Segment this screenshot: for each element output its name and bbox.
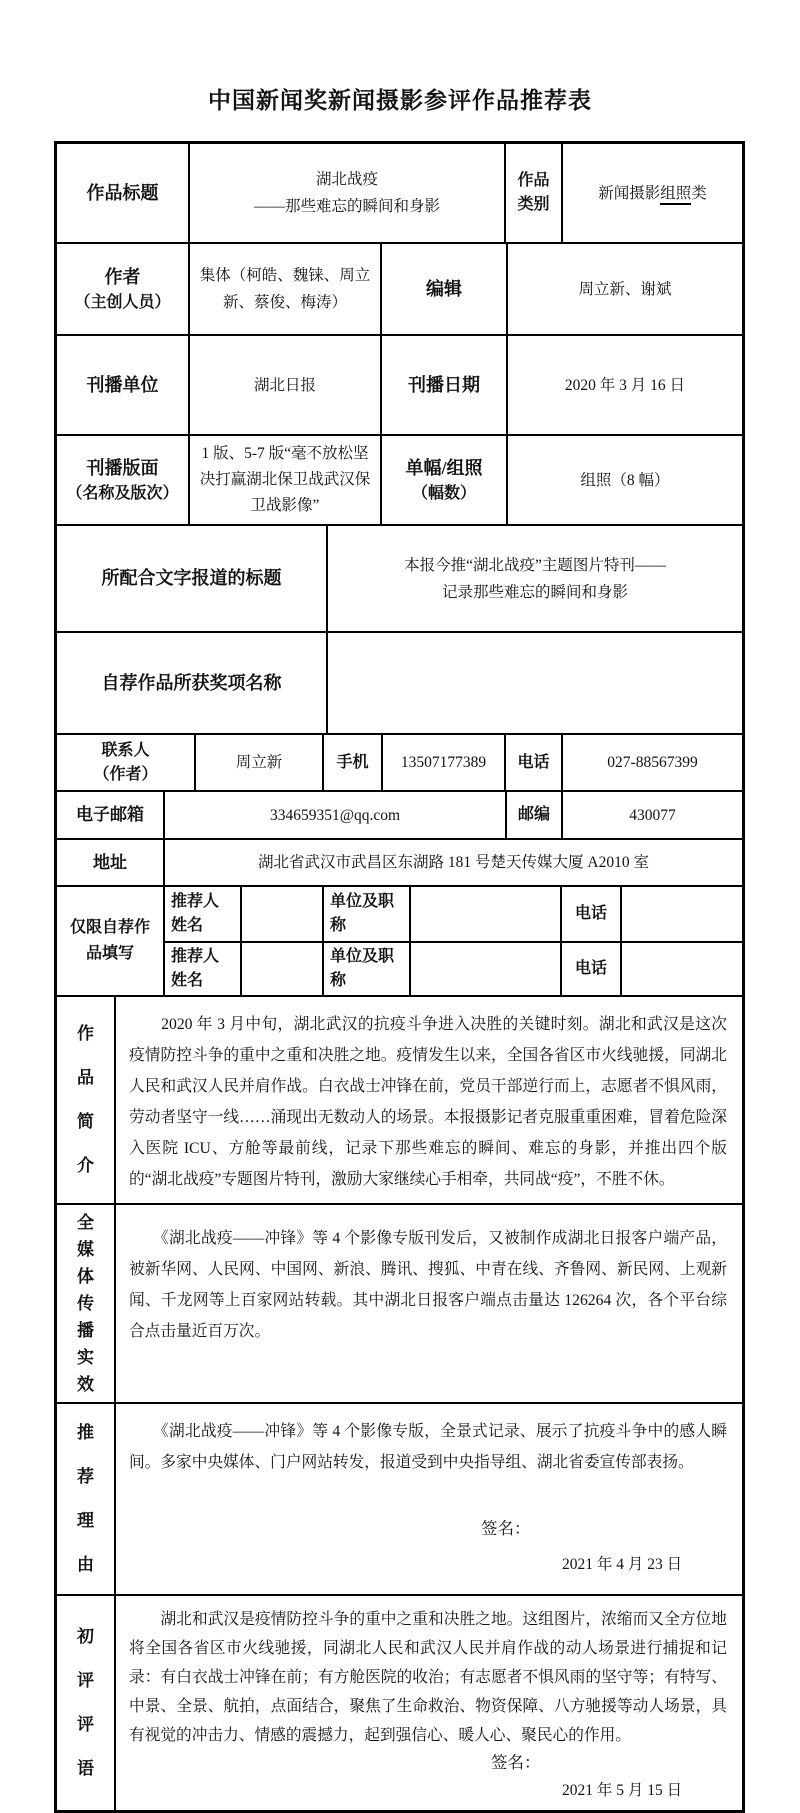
recommender2-name-label: 推荐人姓名	[171, 945, 234, 993]
email-label: 电子邮箱	[76, 803, 144, 827]
row-publish-unit: 刊播单位 湖北日报 刊播日期 2020 年 3 月 16 日	[57, 334, 742, 434]
category-underlined: 组照	[660, 185, 691, 205]
authors-value: 集体（柯皓、魏铼、周立新、蔡俊、梅涛）	[196, 262, 374, 316]
reason-spacer	[129, 1478, 727, 1516]
recommender1-name-label: 推荐人姓名	[171, 890, 234, 938]
intro-body: 2020 年 3 月中旬，湖北武汉的抗疫斗争进入决胜的关键时刻。湖北和武汉是这次…	[114, 997, 742, 1203]
address-label: 地址	[93, 851, 127, 875]
authors-value-cell: 集体（柯皓、魏铼、周立新、蔡俊、梅涛）	[188, 244, 380, 334]
photo-count-value: 组照（8 幅）	[580, 467, 669, 494]
row-self-recommend: 仅限自荐作品填写 推荐人姓名 单位及职称 电话	[57, 885, 742, 995]
awards-label: 自荐作品所获奖项名称	[102, 670, 282, 697]
authors-label-line1: 作者	[105, 264, 141, 291]
category-suffix: 类	[691, 185, 707, 202]
contact-label-cell: 联系人 （作者）	[57, 735, 194, 790]
recommender2-phone-label: 电话	[575, 957, 607, 981]
category-value: 新闻摄影组照类	[598, 180, 707, 207]
intro-label: 作品简介	[75, 1012, 97, 1188]
row-page-layout: 刊播版面 （名称及版次） 1 版、5-7 版“毫不放松坚决打赢湖北保卫战武汉保卫…	[57, 434, 742, 524]
category-value-cell: 新闻摄影组照类	[561, 144, 742, 242]
publish-date-label-cell: 刊播日期	[380, 336, 506, 434]
recommender1-name-cell	[240, 887, 322, 941]
email-value-cell: 334659351@qq.com	[163, 792, 505, 838]
recommender2-name-label-cell: 推荐人姓名	[163, 943, 240, 995]
recommender2-name-cell	[240, 943, 322, 995]
awards-label-cell: 自荐作品所获奖项名称	[57, 633, 326, 733]
reason-text: 《湖北战疫——冲锋》等 4 个影像专版，全景式记录、展示了抗疫斗争中的感人瞬间。…	[129, 1416, 727, 1478]
zip-value: 430077	[629, 802, 676, 829]
work-title-line1: 湖北战疫	[316, 166, 378, 193]
editor-value: 周立新、谢斌	[578, 276, 671, 303]
phone-label: 电话	[517, 751, 549, 775]
address-value-cell: 湖北省武汉市武昌区东湖路 181 号楚天传媒大厦 A2010 室	[163, 840, 742, 885]
work-title-value-cell: 湖北战疫 ——那些难忘的瞬间和身影	[188, 144, 504, 242]
reason-date: 2021 年 4 月 23 日	[562, 1552, 727, 1578]
email-label-cell: 电子邮箱	[57, 792, 163, 838]
contact-name: 周立新	[236, 749, 283, 776]
page-title: 中国新闻奖新闻摄影参评作品推荐表	[0, 82, 800, 115]
editor-value-cell: 周立新、谢斌	[506, 244, 742, 334]
photo-count-label-line2: （幅数）	[412, 482, 476, 506]
recommender1-org-cell	[409, 887, 560, 941]
authors-label-line2: （主创人员）	[74, 291, 170, 315]
recommender2-org-cell	[409, 943, 560, 995]
recommender2-org-label-cell: 单位及职称	[322, 943, 409, 995]
intro-label-cell: 作品简介	[57, 997, 114, 1203]
recommender1-phone-cell	[620, 887, 742, 941]
row-contact: 联系人 （作者） 周立新 手机 13507177389 电话 027-88567…	[57, 733, 742, 790]
recommender1-phone-label: 电话	[575, 902, 607, 926]
self-recommend-label: 仅限自荐作品填写	[65, 915, 155, 967]
photo-count-value-cell: 组照（8 幅）	[506, 436, 742, 524]
recommender1-org-label: 单位及职称	[330, 890, 403, 938]
row-report-title: 所配合文字报道的标题 本报今推“湖北战疫”主题图片特刊—— 记录那些难忘的瞬间和…	[57, 524, 742, 631]
recommender1-name-label-cell: 推荐人姓名	[163, 887, 240, 941]
intro-text: 2020 年 3 月中旬，湖北武汉的抗疫斗争进入决胜的关键时刻。湖北和武汉是这次…	[129, 1009, 727, 1195]
media-effect-label: 全媒体传播实效	[75, 1209, 97, 1398]
contact-name-cell: 周立新	[194, 735, 322, 790]
work-title-label: 作品标题	[87, 180, 159, 207]
recommendation-form-table: 作品标题 湖北战疫 ——那些难忘的瞬间和身影 作品 类别 新闻摄影组照类 作者 …	[54, 141, 745, 1813]
work-title-label-cell: 作品标题	[57, 144, 188, 242]
reason-label-cell: 推荐理由	[57, 1404, 114, 1594]
row-review: 初评评语 湖北和武汉是疫情防控斗争的重中之重和决胜之地。这组图片，浓缩而又全方位…	[57, 1594, 742, 1810]
contact-label-line1: 联系人	[101, 739, 149, 763]
publish-unit-label-cell: 刊播单位	[57, 336, 188, 434]
report-title-line2: 记录那些难忘的瞬间和身影	[442, 579, 628, 606]
media-effect-label-cell: 全媒体传播实效	[57, 1205, 114, 1402]
category-label-line2: 类别	[517, 193, 549, 217]
page-layout-value: 1 版、5-7 版“毫不放松坚决打赢湖北保卫战武汉保卫战影像”	[199, 441, 371, 519]
photo-count-label-cell: 单幅/组照 （幅数）	[380, 436, 506, 524]
mobile-value: 13507177389	[401, 749, 486, 776]
phone-value-cell: 027-88567399	[561, 735, 742, 790]
awards-value-cell	[326, 633, 742, 733]
mobile-label: 手机	[336, 751, 368, 775]
page-layout-label-cell: 刊播版面 （名称及版次）	[57, 436, 188, 524]
publish-unit-value-cell: 湖北日报	[188, 336, 380, 434]
row-media-effect: 全媒体传播实效 《湖北战疫——冲锋》等 4 个影像专版刊发后，又被制作成湖北日报…	[57, 1203, 742, 1402]
publish-date-label: 刊播日期	[408, 372, 480, 399]
row-work-title: 作品标题 湖北战疫 ——那些难忘的瞬间和身影 作品 类别 新闻摄影组照类	[57, 144, 742, 242]
report-title-label-cell: 所配合文字报道的标题	[57, 526, 326, 631]
category-label-cell: 作品 类别	[504, 144, 561, 242]
recommender1-phone-label-cell: 电话	[560, 887, 620, 941]
reason-label: 推荐理由	[75, 1411, 97, 1587]
media-effect-body: 《湖北战疫——冲锋》等 4 个影像专版刊发后，又被制作成湖北日报客户端产品，被新…	[114, 1205, 742, 1402]
email-value: 334659351@qq.com	[270, 802, 400, 829]
self-recommend-label-cell: 仅限自荐作品填写	[57, 887, 163, 995]
recommender-row-1: 推荐人姓名 单位及职称 电话	[163, 887, 742, 941]
page-layout-label-line1: 刊播版面	[87, 455, 159, 482]
category-label-line1: 作品	[517, 169, 549, 193]
mobile-label-cell: 手机	[322, 735, 381, 790]
recommender1-org-label-cell: 单位及职称	[322, 887, 409, 941]
report-title-label: 所配合文字报道的标题	[102, 565, 282, 592]
address-value: 湖北省武汉市武昌区东湖路 181 号楚天传媒大厦 A2010 室	[258, 849, 649, 876]
review-sign-label: 签名：	[491, 1750, 727, 1776]
recommender-row-2: 推荐人姓名 单位及职称 电话	[163, 941, 742, 995]
media-effect-text: 《湖北战疫——冲锋》等 4 个影像专版刊发后，又被制作成湖北日报客户端产品，被新…	[129, 1223, 727, 1347]
publish-date-value-cell: 2020 年 3 月 16 日	[506, 336, 742, 434]
row-intro: 作品简介 2020 年 3 月中旬，湖北武汉的抗疫斗争进入决胜的关键时刻。湖北和…	[57, 995, 742, 1203]
publish-date-value: 2020 年 3 月 16 日	[565, 372, 685, 399]
row-email: 电子邮箱 334659351@qq.com 邮编 430077	[57, 790, 742, 838]
photo-count-label-line1: 单幅/组照	[405, 455, 482, 482]
review-body: 湖北和武汉是疫情防控斗争的重中之重和决胜之地。这组图片，浓缩而又全方位地将全国各…	[114, 1596, 742, 1810]
zip-label: 邮编	[518, 803, 550, 827]
report-title-line1: 本报今推“湖北战疫”主题图片特刊——	[404, 552, 666, 579]
page-layout-value-cell: 1 版、5-7 版“毫不放松坚决打赢湖北保卫战武汉保卫战影像”	[188, 436, 380, 524]
row-authors: 作者 （主创人员） 集体（柯皓、魏铼、周立新、蔡俊、梅涛） 编辑 周立新、谢斌	[57, 242, 742, 334]
mobile-value-cell: 13507177389	[381, 735, 504, 790]
review-label: 初评评语	[75, 1615, 97, 1791]
reason-body: 《湖北战疫——冲锋》等 4 个影像专版，全景式记录、展示了抗疫斗争中的感人瞬间。…	[114, 1404, 742, 1594]
authors-label-cell: 作者 （主创人员）	[57, 244, 188, 334]
phone-label-cell: 电话	[504, 735, 561, 790]
zip-value-cell: 430077	[561, 792, 742, 838]
review-label-cell: 初评评语	[57, 1596, 114, 1810]
address-label-cell: 地址	[57, 840, 163, 885]
editor-label: 编辑	[426, 276, 462, 303]
publish-unit-value: 湖北日报	[254, 372, 316, 399]
recommender2-phone-label-cell: 电话	[560, 943, 620, 995]
review-date: 2021 年 5 月 15 日	[562, 1778, 727, 1804]
review-text: 湖北和武汉是疫情防控斗争的重中之重和决胜之地。这组图片，浓缩而又全方位地将全国各…	[129, 1605, 727, 1750]
row-awards: 自荐作品所获奖项名称	[57, 631, 742, 733]
zip-label-cell: 邮编	[505, 792, 561, 838]
row-reason: 推荐理由 《湖北战疫——冲锋》等 4 个影像专版，全景式记录、展示了抗疫斗争中的…	[57, 1402, 742, 1594]
page-layout-label-line2: （名称及版次）	[66, 482, 178, 506]
reason-sign-label: 签名：	[481, 1516, 727, 1542]
category-prefix: 新闻摄影	[598, 185, 660, 202]
work-title-line2: ——那些难忘的瞬间和身影	[254, 193, 440, 220]
publish-unit-label: 刊播单位	[87, 372, 159, 399]
report-title-value-cell: 本报今推“湖北战疫”主题图片特刊—— 记录那些难忘的瞬间和身影	[326, 526, 742, 631]
self-recommend-rows: 推荐人姓名 单位及职称 电话	[163, 887, 742, 995]
recommender2-phone-cell	[620, 943, 742, 995]
contact-label-line2: （作者）	[93, 763, 157, 787]
phone-value: 027-88567399	[607, 749, 697, 776]
editor-label-cell: 编辑	[380, 244, 506, 334]
recommender2-org-label: 单位及职称	[330, 945, 403, 993]
row-address: 地址 湖北省武汉市武昌区东湖路 181 号楚天传媒大厦 A2010 室	[57, 838, 742, 885]
